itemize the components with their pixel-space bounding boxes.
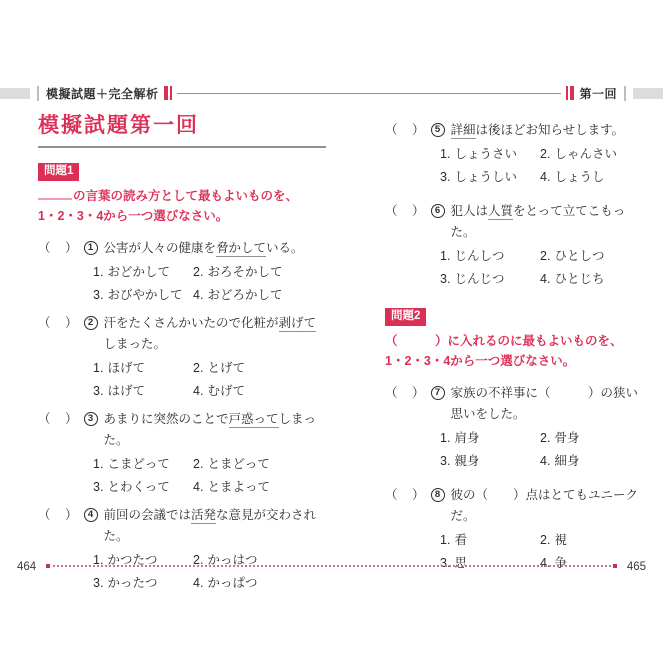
problem2-instruction: （ ）に入れるのに最もよいものを、 1・2・3・4から一つ選びなさい。 bbox=[385, 331, 649, 371]
header-edge-bar-right bbox=[633, 88, 663, 99]
section-title: 模擬試題第一回 bbox=[38, 114, 326, 138]
option: 3.親身 bbox=[440, 451, 540, 472]
option: 1.しょうさい bbox=[440, 144, 540, 165]
question-sentence: （ ）8彼の（ ）点はとてもユニークだ。 bbox=[385, 485, 649, 527]
option: 1.ほげて bbox=[93, 358, 193, 379]
question-6: （ ）6犯人は人質をとって立てこもった。 1.じんしつ 2.ひとしつ 3.じんじ… bbox=[385, 201, 649, 290]
book-spread: 模擬試題＋完全解析 第一回 模擬試題第一回 問題1 の言葉の読み方として最もよい… bbox=[0, 0, 663, 663]
option: 1.看 bbox=[440, 530, 540, 551]
sentence-text: 汗をたくさんかいたので化粧が剥げてしまった。 bbox=[104, 313, 326, 355]
question-7: （ ）7家族の不祥事に（ ）の狭い思いをした。 1.肩身 2.骨身 3.親身 4… bbox=[385, 383, 649, 472]
answer-paren: （ ） bbox=[38, 409, 79, 451]
option: 2.おろそかして bbox=[193, 262, 326, 283]
option: 4.細身 bbox=[540, 451, 649, 472]
option: 3.おびやかして bbox=[93, 285, 193, 306]
answer-paren: （ ） bbox=[385, 383, 426, 425]
question-4: （ ）4前回の会議では活発な意見が交わされた。 1.かつたつ 2.かっはつ 3.… bbox=[38, 505, 326, 594]
option: 1.じんしつ bbox=[440, 246, 540, 267]
underlined-word: 活発 bbox=[191, 508, 216, 524]
header-left-title: 模擬試題＋完全解析 bbox=[46, 85, 159, 102]
option: 3.しょうしい bbox=[440, 167, 540, 188]
option: 4.むげて bbox=[193, 381, 326, 402]
underlined-word: 剥げて bbox=[279, 316, 317, 332]
right-page-column: （ ）5詳細は後ほどお知らせします。 1.しょうさい 2.しゃんさい 3.しょう… bbox=[385, 120, 649, 581]
answer-paren: （ ） bbox=[38, 505, 79, 547]
page-number-right: 465 bbox=[627, 561, 646, 573]
circled-number: 3 bbox=[84, 412, 98, 426]
problem1-instruction: の言葉の読み方として最もよいものを、 1・2・3・4から一つ選びなさい。 bbox=[38, 186, 326, 226]
options: 1.肩身 2.骨身 3.親身 4.細身 bbox=[440, 428, 649, 472]
option: 1.おどかして bbox=[93, 262, 193, 283]
question-sentence: （ ）1公害が人々の健康を脅かしている。 bbox=[38, 238, 326, 259]
circled-number: 7 bbox=[431, 386, 445, 400]
option: 2.骨身 bbox=[540, 428, 649, 449]
question-1: （ ）1公害が人々の健康を脅かしている。 1.おどかして 2.おろそかして 3.… bbox=[38, 238, 326, 306]
problem1-badge: 問題1 bbox=[38, 163, 79, 181]
underlined-word: 戸惑って bbox=[229, 412, 279, 428]
circled-number: 2 bbox=[84, 316, 98, 330]
header-divider-right bbox=[624, 86, 626, 101]
option: 1.肩身 bbox=[440, 428, 540, 449]
sentence-text: あまりに突然のことで戸惑ってしまった。 bbox=[104, 409, 326, 451]
red-bars-left bbox=[164, 86, 172, 100]
options: 1.おどかして 2.おろそかして 3.おびやかして 4.おどろかして bbox=[93, 262, 326, 306]
question-sentence: （ ）3あまりに突然のことで戸惑ってしまった。 bbox=[38, 409, 326, 451]
question-sentence: （ ）4前回の会議では活発な意見が交わされた。 bbox=[38, 505, 326, 547]
sentence-text: 詳細は後ほどお知らせします。 bbox=[451, 120, 649, 141]
blank-underline bbox=[38, 196, 72, 200]
problem2-section: 問題2 （ ）に入れるのに最もよいものを、 1・2・3・4から一つ選びなさい。 bbox=[385, 306, 649, 371]
answer-paren: （ ） bbox=[38, 238, 79, 259]
page-number-left: 464 bbox=[17, 561, 36, 573]
option: 2.しゃんさい bbox=[540, 144, 649, 165]
question-sentence: （ ）5詳細は後ほどお知らせします。 bbox=[385, 120, 649, 141]
header-rule bbox=[177, 93, 562, 94]
option: 2.とまどって bbox=[193, 454, 326, 475]
sentence-text: 家族の不祥事に（ ）の狭い思いをした。 bbox=[451, 383, 649, 425]
option: 2.とげて bbox=[193, 358, 326, 379]
header-right-title: 第一回 bbox=[579, 85, 617, 102]
title-underline bbox=[38, 146, 326, 148]
option: 3.じんじつ bbox=[440, 269, 540, 290]
sentence-text: 前回の会議では活発な意見が交わされた。 bbox=[104, 505, 326, 547]
red-bars-right bbox=[566, 86, 574, 100]
answer-paren: （ ） bbox=[385, 120, 426, 141]
underlined-word: 人質 bbox=[488, 204, 513, 220]
sentence-text: 彼の（ ）点はとてもユニークだ。 bbox=[451, 485, 649, 527]
circled-number: 1 bbox=[84, 241, 98, 255]
question-sentence: （ ）6犯人は人質をとって立てこもった。 bbox=[385, 201, 649, 243]
underlined-word: 詳細 bbox=[451, 123, 476, 139]
page-footer: 464 465 bbox=[0, 558, 663, 576]
running-header: 模擬試題＋完全解析 第一回 bbox=[0, 84, 663, 102]
option: 4.しょうし bbox=[540, 167, 649, 188]
footer-dotted-rule bbox=[48, 565, 615, 569]
option: 3.とわくって bbox=[93, 477, 193, 498]
header-edge-bar-left bbox=[0, 88, 30, 99]
answer-paren: （ ） bbox=[385, 201, 426, 243]
options: 1.しょうさい 2.しゃんさい 3.しょうしい 4.しょうし bbox=[440, 144, 649, 188]
option: 4.ひとじち bbox=[540, 269, 649, 290]
question-sentence: （ ）2汗をたくさんかいたので化粧が剥げてしまった。 bbox=[38, 313, 326, 355]
left-page-column: 模擬試題第一回 問題1 の言葉の読み方として最もよいものを、 1・2・3・4から… bbox=[38, 114, 326, 601]
option: 1.こまどって bbox=[93, 454, 193, 475]
option: 2.ひとしつ bbox=[540, 246, 649, 267]
question-sentence: （ ）7家族の不祥事に（ ）の狭い思いをした。 bbox=[385, 383, 649, 425]
options: 1.ほげて 2.とげて 3.はげて 4.むげて bbox=[93, 358, 326, 402]
answer-paren: （ ） bbox=[385, 485, 426, 527]
option: 3.はげて bbox=[93, 381, 193, 402]
circled-number: 8 bbox=[431, 488, 445, 502]
option: 4.とまよって bbox=[193, 477, 326, 498]
question-5: （ ）5詳細は後ほどお知らせします。 1.しょうさい 2.しゃんさい 3.しょう… bbox=[385, 120, 649, 188]
problem2-badge: 問題2 bbox=[385, 308, 426, 326]
option: 3.かったつ bbox=[93, 573, 193, 594]
underlined-word: 脅かして bbox=[216, 241, 266, 257]
options: 1.こまどって 2.とまどって 3.とわくって 4.とまよって bbox=[93, 454, 326, 498]
option: 2.視 bbox=[540, 530, 649, 551]
circled-number: 4 bbox=[84, 508, 98, 522]
circled-number: 6 bbox=[431, 204, 445, 218]
option: 4.かっぱつ bbox=[193, 573, 326, 594]
answer-paren: （ ） bbox=[38, 313, 79, 355]
question-3: （ ）3あまりに突然のことで戸惑ってしまった。 1.こまどって 2.とまどって … bbox=[38, 409, 326, 498]
options: 1.じんしつ 2.ひとしつ 3.じんじつ 4.ひとじち bbox=[440, 246, 649, 290]
sentence-text: 公害が人々の健康を脅かしている。 bbox=[104, 238, 326, 259]
sentence-text: 犯人は人質をとって立てこもった。 bbox=[451, 201, 649, 243]
option: 4.おどろかして bbox=[193, 285, 326, 306]
question-2: （ ）2汗をたくさんかいたので化粧が剥げてしまった。 1.ほげて 2.とげて 3… bbox=[38, 313, 326, 402]
circled-number: 5 bbox=[431, 123, 445, 137]
header-divider-left bbox=[37, 86, 39, 101]
